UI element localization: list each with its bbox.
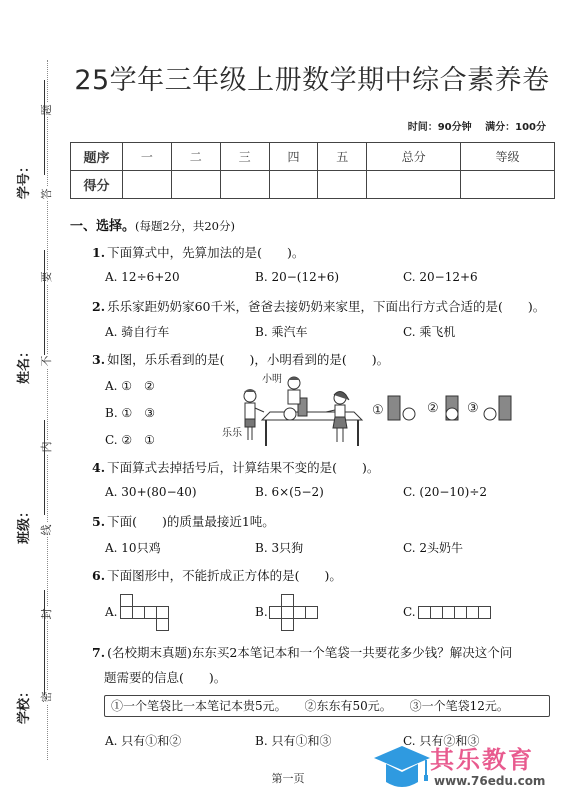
watermark-logo: 其乐教育 www.76edu.com (372, 742, 572, 798)
question-text: 下面算式中，先算加法的是( )。 (107, 245, 304, 260)
question-3: 3.如图，乐乐看到的是( )，小明看到的是( )。 (92, 350, 389, 368)
option-c[interactable]: C. 乘飞机 (403, 323, 455, 340)
option-b[interactable]: B. 只有①和③ (255, 732, 331, 749)
question-number: 4. (92, 460, 105, 475)
score-cell[interactable] (171, 171, 220, 199)
question-text: 下面( )的质量最接近1吨。 (107, 514, 275, 529)
score-cell[interactable] (318, 171, 367, 199)
option-a[interactable]: A. ① ② (105, 377, 155, 394)
question-text: 下面算式去掉括号后，计算结果不变的是( )。 (107, 460, 379, 475)
option-b[interactable]: B. 乘汽车 (255, 323, 307, 340)
question-6: 6.下面图形中，不能折成正方体的是( )。 (92, 566, 342, 584)
seal-char: 线 (40, 523, 54, 537)
section-note: (每题2分，共20分) (135, 219, 235, 233)
seal-char: 内 (40, 440, 54, 454)
option-b[interactable]: B. 20−(12+6) (255, 270, 339, 284)
row-head-score: 得分 (71, 171, 123, 199)
seal-char: 要 (40, 270, 54, 284)
binding-margin: 题 答 要 不 内 线 封 密 学号： 姓名： 班级： 学校： (0, 0, 60, 800)
option-b[interactable]: B. 6×(5−2) (255, 485, 324, 499)
label-xiaoming: 小明 (262, 372, 282, 385)
question-7: 7.(名校期末真题)东东买2本笔记本和一个笔袋一共要花多少钱？解决这个问 (92, 643, 512, 661)
section-title: 一、选择。(每题2分，共20分) (70, 215, 235, 234)
option-c[interactable]: C. (403, 605, 416, 619)
question-4: 4.下面算式去掉括号后，计算结果不变的是( )。 (92, 458, 379, 476)
option-c[interactable]: C. 20−12+6 (403, 270, 478, 284)
seal-line (47, 60, 48, 760)
question-number: 6. (92, 568, 105, 583)
col-header: 三 (220, 143, 269, 171)
option-c[interactable]: C. (20−10)÷2 (403, 485, 487, 499)
question-number: 5. (92, 514, 105, 529)
score-cell[interactable] (461, 171, 555, 199)
svg-text:③: ③ (467, 401, 479, 416)
score-table-score-row: 得分 (71, 171, 555, 199)
info-item: ①一个笔袋比一本笔记本贵5元。 (111, 699, 287, 713)
graduation-cap-icon (372, 742, 432, 794)
question-text: 乐乐家距奶奶家60千米，爸爸去接奶奶来家里，下面出行方式合适的是( )。 (107, 299, 545, 314)
info-item: ②东东有50元。 (304, 699, 391, 713)
exam-title: 25学年三年级上册数学期中综合素养卷 (62, 58, 562, 97)
option-a[interactable]: A. 只有①和② (105, 732, 181, 749)
score-cell[interactable] (123, 171, 172, 199)
class-label: 班级： (17, 522, 33, 544)
section-name: 一、选择。 (70, 219, 135, 234)
info-item: ③一个笔袋12元。 (410, 699, 509, 713)
student-id-label: 学号： (17, 177, 33, 199)
exam-meta: 时间：90分钟 满分：100分 (398, 118, 546, 133)
student-name-label: 姓名： (17, 362, 33, 384)
seal-char: 封 (40, 607, 54, 621)
student-name-line[interactable] (44, 250, 45, 355)
score-cell[interactable] (220, 171, 269, 199)
question-5: 5.下面( )的质量最接近1吨。 (92, 512, 275, 530)
question-text: 下面图形中，不能折成正方体的是( )。 (107, 568, 342, 583)
option-a[interactable]: A. 10只鸡 (105, 539, 161, 556)
question-number: 7. (92, 645, 105, 660)
col-header: 五 (318, 143, 367, 171)
question-1: 1.下面算式中，先算加法的是( )。 (92, 243, 304, 261)
label-lele: 乐乐 (222, 427, 243, 439)
seal-char: 题 (40, 103, 54, 117)
option-b[interactable]: B. ① ③ (105, 404, 155, 421)
score-table-header-row: 题序 一 二 三 四 五 总分 等级 (71, 143, 555, 171)
col-header: 一 (123, 143, 172, 171)
q7-info-box: ①一个笔袋比一本笔记本贵5元。 ②东东有50元。 ③一个笔袋12元。 (104, 695, 550, 717)
seal-char: 答 (40, 187, 54, 201)
option-a[interactable]: A. 30+(80−40) (105, 485, 197, 499)
question-number: 2. (92, 299, 105, 314)
option-a[interactable]: A. 骑自行车 (105, 323, 169, 340)
school-line[interactable] (44, 590, 45, 695)
row-head-question-order: 题序 (71, 143, 123, 171)
score-cell[interactable] (269, 171, 318, 199)
question-text-line1: (名校期末真题)东东买2本笔记本和一个笔袋一共要花多少钱？解决这个问 (107, 645, 512, 660)
score-table: 题序 一 二 三 四 五 总分 等级 得分 (70, 142, 555, 199)
student-id-line[interactable] (44, 80, 45, 175)
score-cell[interactable] (367, 171, 461, 199)
col-header: 四 (269, 143, 318, 171)
watermark-url: www.76edu.com (434, 774, 545, 788)
question-2: 2.乐乐家距奶奶家60千米，爸爸去接奶奶来家里，下面出行方式合适的是( )。 (92, 297, 545, 315)
question-number: 3. (92, 352, 105, 367)
option-c[interactable]: C. ② ① (105, 431, 155, 448)
col-header: 总分 (367, 143, 461, 171)
table-scene-figure: 小明 乐乐 ① ② ③ (222, 368, 532, 448)
watermark-name: 其乐教育 (430, 740, 534, 775)
col-header: 二 (171, 143, 220, 171)
seal-char: 不 (40, 354, 54, 368)
option-c[interactable]: C. 2头奶牛 (403, 539, 463, 556)
option-a[interactable]: A. (105, 605, 117, 619)
col-header: 等级 (461, 143, 555, 171)
svg-text:①: ① (372, 403, 384, 418)
seal-char: 密 (40, 690, 54, 704)
exam-time: 时间：90分钟 (408, 122, 472, 133)
school-label: 学校： (17, 702, 33, 724)
class-line[interactable] (44, 420, 45, 515)
option-a[interactable]: A. 12÷6+20 (105, 270, 180, 284)
svg-text:②: ② (427, 401, 439, 416)
option-b[interactable]: B. (255, 605, 268, 619)
question-7-line2: 题需要的信息( )。 (104, 668, 226, 686)
question-number: 1. (92, 245, 105, 260)
q3-illustration: 小明 乐乐 ① ② ③ (222, 368, 532, 448)
option-b[interactable]: B. 3只狗 (255, 539, 303, 556)
exam-full-score: 满分：100分 (485, 122, 546, 133)
question-text: 如图，乐乐看到的是( )，小明看到的是( )。 (107, 352, 389, 367)
